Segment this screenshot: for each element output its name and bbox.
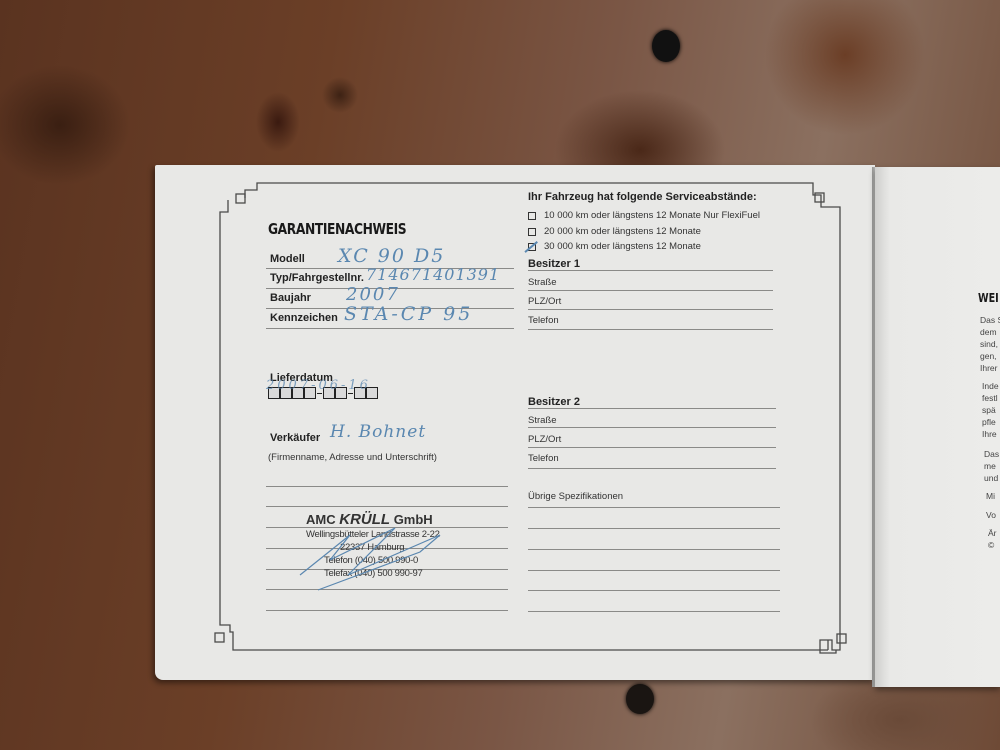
spec-line[interactable] — [528, 570, 780, 571]
next-page-line: gen, — [980, 351, 997, 363]
next-page-line: Das S — [980, 315, 1000, 327]
next-page-line: Das — [984, 449, 999, 461]
owner1-heading: Besitzer 1 — [528, 258, 580, 270]
next-page-line: Är — [988, 528, 997, 540]
next-page-line: pfle — [982, 417, 996, 429]
spec-line[interactable] — [528, 590, 780, 591]
checkbox[interactable] — [528, 212, 536, 220]
owner2-phone-label: Telefon — [528, 453, 559, 464]
service-option-label: 20 000 km oder längstens 12 Monate — [544, 226, 701, 237]
other-specs-heading: Übrige Spezifikationen — [528, 491, 623, 502]
next-page-line: Inde — [982, 381, 999, 393]
service-option-20000[interactable]: 20 000 km oder längstens 12 Monate — [528, 226, 701, 237]
next-page-line: spä — [982, 405, 996, 417]
next-page-line: dem — [980, 327, 997, 339]
service-option-10000[interactable]: 10 000 km oder längstens 12 Monate Nur F… — [528, 210, 760, 221]
owner2-line[interactable] — [528, 447, 776, 448]
service-option-label: 30 000 km oder längstens 12 Monate — [544, 241, 701, 252]
owner1-phone-label: Telefon — [528, 315, 559, 326]
owner1-street-label: Straße — [528, 277, 557, 288]
next-page-line: Ihrer — [980, 363, 997, 375]
spec-line[interactable] — [528, 611, 780, 612]
service-option-label: 10 000 km oder längstens 12 Monate Nur F… — [544, 210, 760, 221]
spec-line[interactable] — [528, 528, 780, 529]
owner2-street-label: Straße — [528, 415, 557, 426]
checkbox-checked[interactable] — [528, 243, 536, 251]
spec-line[interactable] — [528, 549, 780, 550]
owner1-line — [528, 270, 773, 271]
spec-line[interactable] — [528, 507, 780, 508]
next-page-line: Ihre — [982, 429, 997, 441]
owner2-line[interactable] — [528, 468, 776, 469]
service-option-30000[interactable]: 30 000 km oder längstens 12 Monate — [528, 241, 701, 252]
stamp-signature-scribble — [0, 0, 1000, 750]
next-page-line: Mi — [986, 491, 995, 503]
next-page-line: me — [984, 461, 996, 473]
service-heading: Ihr Fahrzeug hat folgende Serviceabständ… — [528, 191, 757, 203]
owner2-line — [528, 408, 776, 409]
next-page-heading: WEI — [978, 291, 999, 305]
owner2-heading: Besitzer 2 — [528, 396, 580, 408]
owner1-line[interactable] — [528, 309, 773, 310]
next-page-line: © — [988, 540, 994, 552]
next-page-line: Vo — [986, 510, 996, 522]
owner2-city-label: PLZ/Ort — [528, 434, 561, 445]
next-page-line: sind, — [980, 339, 998, 351]
owner1-line[interactable] — [528, 290, 773, 291]
checkbox[interactable] — [528, 228, 536, 236]
next-page-line: und — [984, 473, 998, 485]
owner2-line[interactable] — [528, 427, 776, 428]
next-page-line: festl — [982, 393, 998, 405]
owner1-line[interactable] — [528, 329, 773, 330]
owner1-city-label: PLZ/Ort — [528, 296, 561, 307]
